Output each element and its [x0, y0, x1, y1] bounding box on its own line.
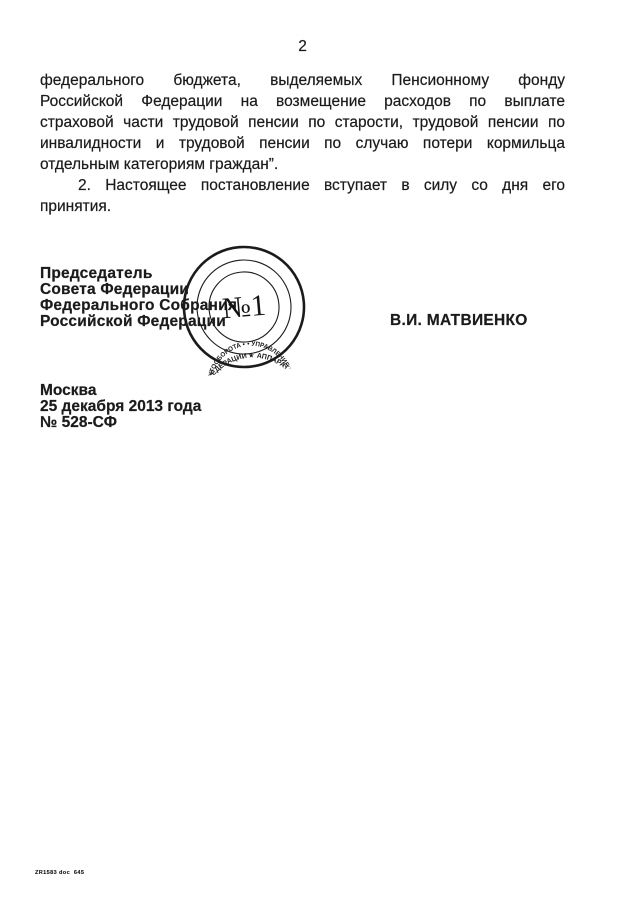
document-page: 2 федерального бюджета, выделяемых Пенси… — [0, 0, 640, 905]
paragraph2-line: принятия. — [40, 196, 565, 217]
paragraph2-line: 2. Настоящее постановление вступает в си… — [40, 175, 565, 196]
paragraph1-line: федерального бюджета, выделяемых Пенсион… — [40, 70, 565, 91]
signatory-name: В.И. МАТВИЕНКО — [390, 312, 528, 330]
issue-city: Москва — [40, 383, 201, 399]
official-stamp-seal: ★ АППАРАТ СОВЕТА ФЕДЕРАЦИИ ФЕДЕРАЛЬНОГО … — [174, 237, 315, 378]
page-number: 2 — [40, 38, 565, 56]
paragraph1-line: инвалидности и трудовой пенсии по случаю… — [40, 133, 565, 154]
paragraph1-line: Российской Федерации на возмещение расхо… — [40, 91, 565, 112]
issue-number: № 528-СФ — [40, 415, 201, 431]
paragraph1-line: страховой части трудовой пенсии по старо… — [40, 112, 565, 133]
issue-block: Москва 25 декабря 2013 года № 528-СФ — [40, 383, 201, 431]
issue-date: 25 декабря 2013 года — [40, 399, 201, 415]
body-text: федерального бюджета, выделяемых Пенсион… — [40, 70, 565, 217]
paragraph1-line: отдельным категориям граждан”. — [40, 154, 565, 175]
stamp-number: №1 — [221, 289, 267, 326]
footer-code: ZR1583 doc 645 — [35, 869, 84, 875]
